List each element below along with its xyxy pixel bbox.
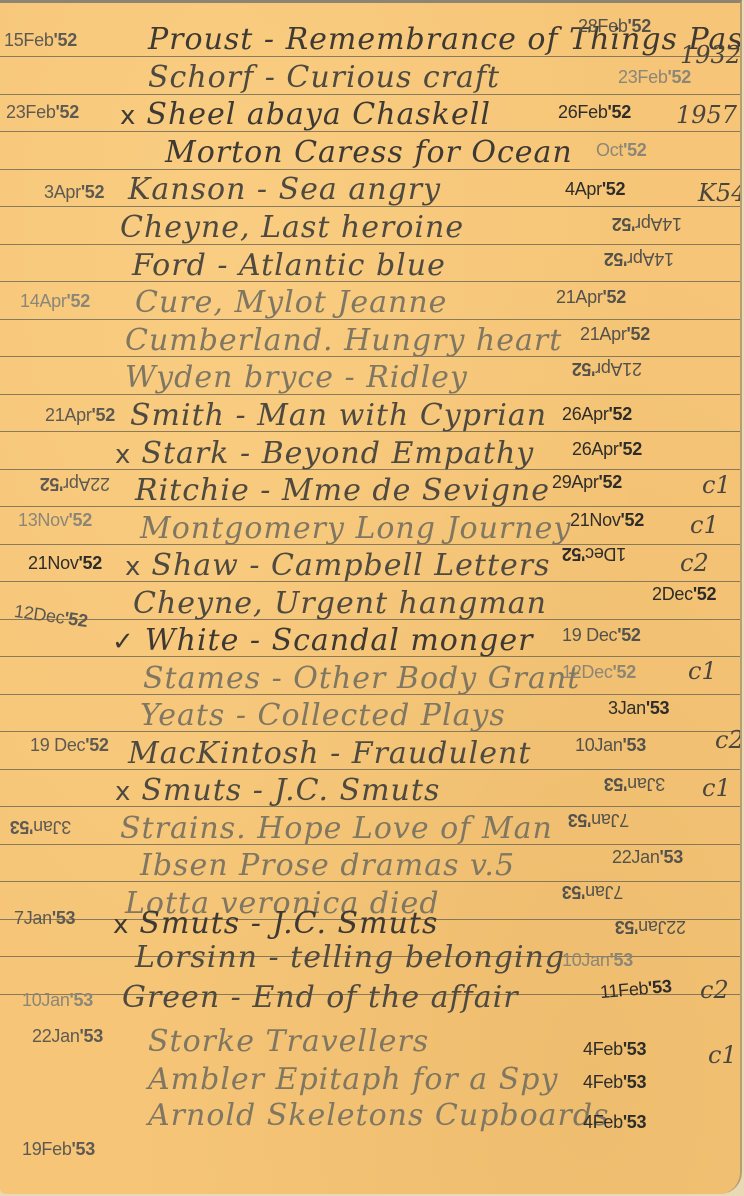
date-stamp: 10Jan'53 [22, 991, 93, 1009]
date-stamp: 26Apr'52 [572, 440, 642, 458]
date-stamp: 3Jan'53 [10, 818, 71, 836]
book-entry: Green - End of the affair [122, 983, 519, 1013]
book-entry: xSheel abaya Chaskell [120, 100, 491, 130]
stamp-year: '52 [668, 67, 691, 87]
date-stamp: Oct'52 [596, 141, 647, 159]
book-entry: Schorf - Curious craft [148, 63, 500, 93]
stamp-year: '52 [92, 405, 115, 425]
date-stamp: 26Apr'52 [562, 405, 632, 423]
entry-title: Cumberland. Hungry heart [125, 323, 562, 358]
entry-title: Sheel abaya Chaskell [146, 97, 491, 132]
stamp-day: 21Apr [556, 287, 603, 307]
stamp-year: '53 [647, 976, 672, 998]
stamp-year: '52 [627, 324, 650, 344]
entry-title: Stark - Beyond Empathy [141, 436, 534, 471]
margin-note: 1957 [676, 103, 737, 127]
stamp-year: '53 [623, 1112, 646, 1132]
stamp-year: '52 [617, 625, 640, 645]
stamp-day: 26Apr [572, 439, 619, 459]
stamp-year: '53 [80, 1026, 103, 1046]
entry-title: Kanson - Sea angry [128, 172, 441, 207]
stamp-day: 2Dec [652, 584, 693, 604]
stamp-day: 3Jan [627, 774, 665, 794]
stamp-year: '53 [562, 882, 585, 902]
stamp-day: 21Apr [595, 359, 642, 379]
stamp-day: 29Apr [552, 472, 599, 492]
stamp-day: 10Jan [562, 950, 610, 970]
date-stamp: 21Nov'52 [28, 554, 102, 572]
entry-title: Cure, Mylot Jeanne [135, 285, 447, 320]
entry-title: Morton Caress for Ocean [165, 135, 573, 170]
stamp-year: '52 [79, 553, 102, 573]
stamp-year: '52 [63, 608, 89, 631]
date-stamp: 21Apr'52 [45, 406, 115, 424]
entry-title: Smuts - J.C. Smuts [139, 906, 438, 941]
date-stamp: 21Apr'52 [556, 288, 626, 306]
stamp-day: 22Jan [612, 847, 660, 867]
stamp-day: 10Jan [22, 990, 70, 1010]
book-entry: Ambler Epitaph for a Spy [148, 1065, 558, 1095]
stamp-year: '52 [67, 291, 90, 311]
book-entry: Cheyne, Urgent hangman [133, 589, 547, 619]
book-entry: xSmuts - J.C. Smuts [113, 909, 438, 939]
x-mark-icon: x [115, 777, 131, 807]
stamp-day: 22Jan [32, 1026, 80, 1046]
book-entry: Ritchie - Mme de Sevigne [135, 476, 550, 506]
entry-title: Strains. Hope Love of Man [120, 811, 553, 846]
margin-note: c2 [715, 728, 742, 752]
stamp-day: 14Apr [635, 214, 682, 234]
date-stamp: 23Feb'52 [6, 103, 79, 121]
stamp-day: 12Dec [562, 662, 613, 682]
margin-note: c1 [688, 659, 717, 683]
stamp-day: 3Jan [33, 817, 71, 837]
date-stamp: 4Apr'52 [565, 180, 625, 198]
date-stamp: 12Dec'52 [562, 663, 636, 681]
margin-note: c1 [702, 473, 731, 497]
date-stamp: 13Nov'52 [18, 511, 92, 529]
entry-title: Montgomery Long Journey [140, 511, 571, 546]
book-entry: Kanson - Sea angry [128, 175, 441, 205]
date-stamp: 1Dec'52 [562, 545, 626, 563]
stamp-day: 26Apr [562, 404, 609, 424]
date-stamp: 4Feb'53 [583, 1073, 646, 1091]
stamp-year: '52 [623, 140, 646, 160]
x-mark-icon: x [115, 440, 131, 470]
stamp-year: '53 [646, 698, 669, 718]
date-stamp: 2Dec'52 [652, 585, 716, 603]
stamp-day: 21Nov [28, 553, 79, 573]
stamp-day: 23Feb [618, 67, 668, 87]
margin-note: K54 [698, 181, 742, 205]
stamp-year: '52 [608, 102, 631, 122]
stamp-day: 28Feb [578, 16, 628, 36]
book-entry: Cure, Mylot Jeanne [135, 288, 447, 318]
entry-title: Smuts - J.C. Smuts [141, 773, 440, 808]
margin-note: c2 [680, 551, 709, 575]
entry-title: Cheyne, Last heroine [120, 210, 464, 245]
book-entry: xSmuts - J.C. Smuts [115, 776, 440, 806]
entry-title: Lorsinn - telling belonging [135, 940, 565, 975]
date-stamp: 3Apr'52 [44, 183, 104, 201]
stamp-year: '52 [621, 510, 644, 530]
date-stamp: 14Apr'52 [604, 250, 674, 268]
book-entry: Proust - Remembrance of Things Past [148, 25, 742, 55]
stamp-day: Oct [596, 140, 623, 160]
book-entry: ✓White - Scandal monger [112, 626, 533, 656]
stamp-year: '52 [602, 179, 625, 199]
date-stamp: 19 Dec'52 [30, 736, 109, 754]
entry-title: Yeats - Collected Plays [140, 698, 506, 733]
stamp-day: 19 Dec [30, 735, 85, 755]
date-stamp: 28Feb'52 [578, 17, 651, 35]
stamp-year: '53 [72, 1139, 95, 1159]
stamp-year: '53 [52, 908, 75, 928]
stamp-year: '52 [81, 182, 104, 202]
date-stamp: 22Jan'53 [615, 918, 686, 936]
margin-note: c1 [690, 513, 719, 537]
stamp-day: 4Feb [583, 1039, 623, 1059]
margin-note: c2 [700, 978, 729, 1002]
entry-title: Stames - Other Body Grant [143, 661, 580, 696]
book-entry: xStark - Beyond Empathy [115, 439, 534, 469]
stamp-year: '52 [69, 510, 92, 530]
book-entry: Cumberland. Hungry heart [125, 326, 562, 356]
entry-title: Smith - Man with Cyprian [130, 398, 547, 433]
stamp-day: 14Apr [20, 291, 67, 311]
date-stamp: 11Feb'53 [599, 977, 672, 1001]
date-stamp: 15Feb'52 [4, 31, 77, 49]
stamp-year: '53 [604, 774, 627, 794]
entry-title: Ford - Atlantic blue [132, 248, 446, 283]
stamp-year: '53 [623, 1072, 646, 1092]
date-stamp: 21Apr'52 [580, 325, 650, 343]
book-entry: Cheyne, Last heroine [120, 213, 464, 243]
stamp-year: '53 [623, 1039, 646, 1059]
stamp-day: 19Feb [22, 1139, 72, 1159]
entry-title: Ambler Epitaph for a Spy [148, 1062, 558, 1097]
stamp-day: 7Jan [14, 908, 52, 928]
book-entry: Arnold Skeletons Cupboards [148, 1101, 610, 1131]
date-stamp: 4Feb'53 [583, 1040, 646, 1058]
stamp-day: 14Apr [627, 249, 674, 269]
date-stamp: 26Feb'52 [558, 103, 631, 121]
x-mark-icon: x [113, 910, 129, 940]
stamp-year: '53 [568, 810, 591, 830]
stamp-year: '52 [56, 102, 79, 122]
stamp-day: 7Jan [585, 882, 623, 902]
entry-title: Wyden bryce - Ridley [125, 360, 468, 395]
book-entry: MacKintosh - Fraudulent [128, 739, 531, 769]
stamp-year: '52 [40, 474, 63, 494]
date-stamp: 19Feb'53 [22, 1140, 95, 1158]
entry-title: Proust - Remembrance of Things Past [148, 22, 742, 57]
date-stamp: 10Jan'53 [562, 951, 633, 969]
book-entry: Wyden bryce - Ridley [125, 363, 468, 393]
margin-note: c1 [708, 1043, 737, 1067]
stamp-day: 4Apr [565, 179, 602, 199]
book-entry: Lorsinn - telling belonging [135, 943, 565, 973]
book-entry: Smith - Man with Cyprian [130, 401, 547, 431]
stamp-day: 22Jan [638, 917, 686, 937]
margin-note: 1932 [680, 43, 741, 67]
library-record-card: Proust - Remembrance of Things PastSchor… [0, 0, 742, 1194]
stamp-day: 15Feb [4, 30, 54, 50]
date-stamp: 22Jan'53 [612, 848, 683, 866]
stamp-year: '52 [599, 472, 622, 492]
book-entry: Strains. Hope Love of Man [120, 814, 553, 844]
date-stamp: 7Jan'53 [14, 909, 75, 927]
check-mark-icon: ✓ [112, 627, 135, 657]
stamp-day: 4Feb [583, 1112, 623, 1132]
stamp-year: '52 [613, 662, 636, 682]
entry-title: MacKintosh - Fraudulent [128, 736, 531, 771]
stamp-year: '52 [572, 359, 595, 379]
stamp-year: '52 [619, 439, 642, 459]
x-mark-icon: x [120, 101, 136, 131]
book-entry: Ibsen Prose dramas v.5 [140, 851, 515, 881]
stamp-day: 1Dec [585, 544, 626, 564]
date-stamp: 23Feb'52 [618, 68, 691, 86]
stamp-year: '52 [628, 16, 651, 36]
entry-title: Ritchie - Mme de Sevigne [135, 473, 550, 508]
entry-title: Green - End of the affair [122, 980, 519, 1015]
book-entry: Storke Travellers [148, 1027, 429, 1057]
stamp-day: 13Nov [18, 510, 69, 530]
stamp-year: '52 [604, 249, 627, 269]
stamp-year: '52 [609, 404, 632, 424]
date-stamp: 29Apr'52 [552, 473, 622, 491]
book-entry: Ford - Atlantic blue [132, 251, 446, 281]
stamp-year: '53 [615, 917, 638, 937]
date-stamp: 3Jan'53 [608, 699, 669, 717]
stamp-year: '52 [562, 544, 585, 564]
stamp-year: '53 [10, 817, 33, 837]
book-entry: Yeats - Collected Plays [140, 701, 506, 731]
date-stamp: 12Dec'52 [13, 602, 89, 630]
book-entry: Montgomery Long Journey [140, 514, 571, 544]
date-stamp: 14Apr'52 [20, 292, 90, 310]
margin-note: c1 [702, 776, 731, 800]
stamp-day: 21Nov [570, 510, 621, 530]
stamp-day: 26Feb [558, 102, 608, 122]
entry-title: Shaw - Campbell Letters [151, 548, 550, 583]
stamp-day: 12Dec [13, 601, 66, 628]
date-stamp: 22Jan'53 [32, 1027, 103, 1045]
date-stamp: 10Jan'53 [575, 736, 646, 754]
stamp-year: '53 [660, 847, 683, 867]
date-stamp: 3Jan'53 [604, 775, 665, 793]
book-entry: Stames - Other Body Grant [143, 664, 580, 694]
stamp-year: '52 [85, 735, 108, 755]
entry-title: Cheyne, Urgent hangman [133, 586, 547, 621]
date-stamp: 21Apr'52 [572, 360, 642, 378]
stamp-year: '53 [623, 735, 646, 755]
stamp-day: 23Feb [6, 102, 56, 122]
date-stamp: 19 Dec'52 [562, 626, 641, 644]
stamp-day: 11Feb [599, 978, 649, 1002]
stamp-year: '52 [612, 214, 635, 234]
stamp-day: 21Apr [45, 405, 92, 425]
stamp-day: 7Jan [591, 810, 629, 830]
date-stamp: 22Apr'52 [40, 475, 110, 493]
stamp-day: 22Apr [63, 474, 110, 494]
stamp-year: '52 [603, 287, 626, 307]
date-stamp: 7Jan'53 [562, 883, 623, 901]
date-stamp: 7Jan'53 [568, 811, 629, 829]
date-stamp: 14Apr'52 [612, 215, 682, 233]
stamp-year: '53 [610, 950, 633, 970]
stamp-year: '52 [693, 584, 716, 604]
date-stamp: 4Feb'53 [583, 1113, 646, 1131]
x-mark-icon: x [125, 552, 141, 582]
entry-title: White - Scandal monger [145, 623, 534, 658]
stamp-year: '52 [54, 30, 77, 50]
stamp-day: 4Feb [583, 1072, 623, 1092]
entry-title: Ibsen Prose dramas v.5 [140, 848, 515, 883]
entry-title: Storke Travellers [148, 1024, 429, 1059]
stamp-year: '53 [70, 990, 93, 1010]
stamp-day: 10Jan [575, 735, 623, 755]
stamp-day: 3Apr [44, 182, 81, 202]
stamp-day: 21Apr [580, 324, 627, 344]
entry-title: Schorf - Curious craft [148, 60, 500, 95]
entry-title: Arnold Skeletons Cupboards [148, 1098, 610, 1133]
book-entry: Morton Caress for Ocean [165, 138, 573, 168]
stamp-day: 3Jan [608, 698, 646, 718]
stamp-day: 19 Dec [562, 625, 617, 645]
book-entry: xShaw - Campbell Letters [125, 551, 551, 581]
date-stamp: 21Nov'52 [570, 511, 644, 529]
